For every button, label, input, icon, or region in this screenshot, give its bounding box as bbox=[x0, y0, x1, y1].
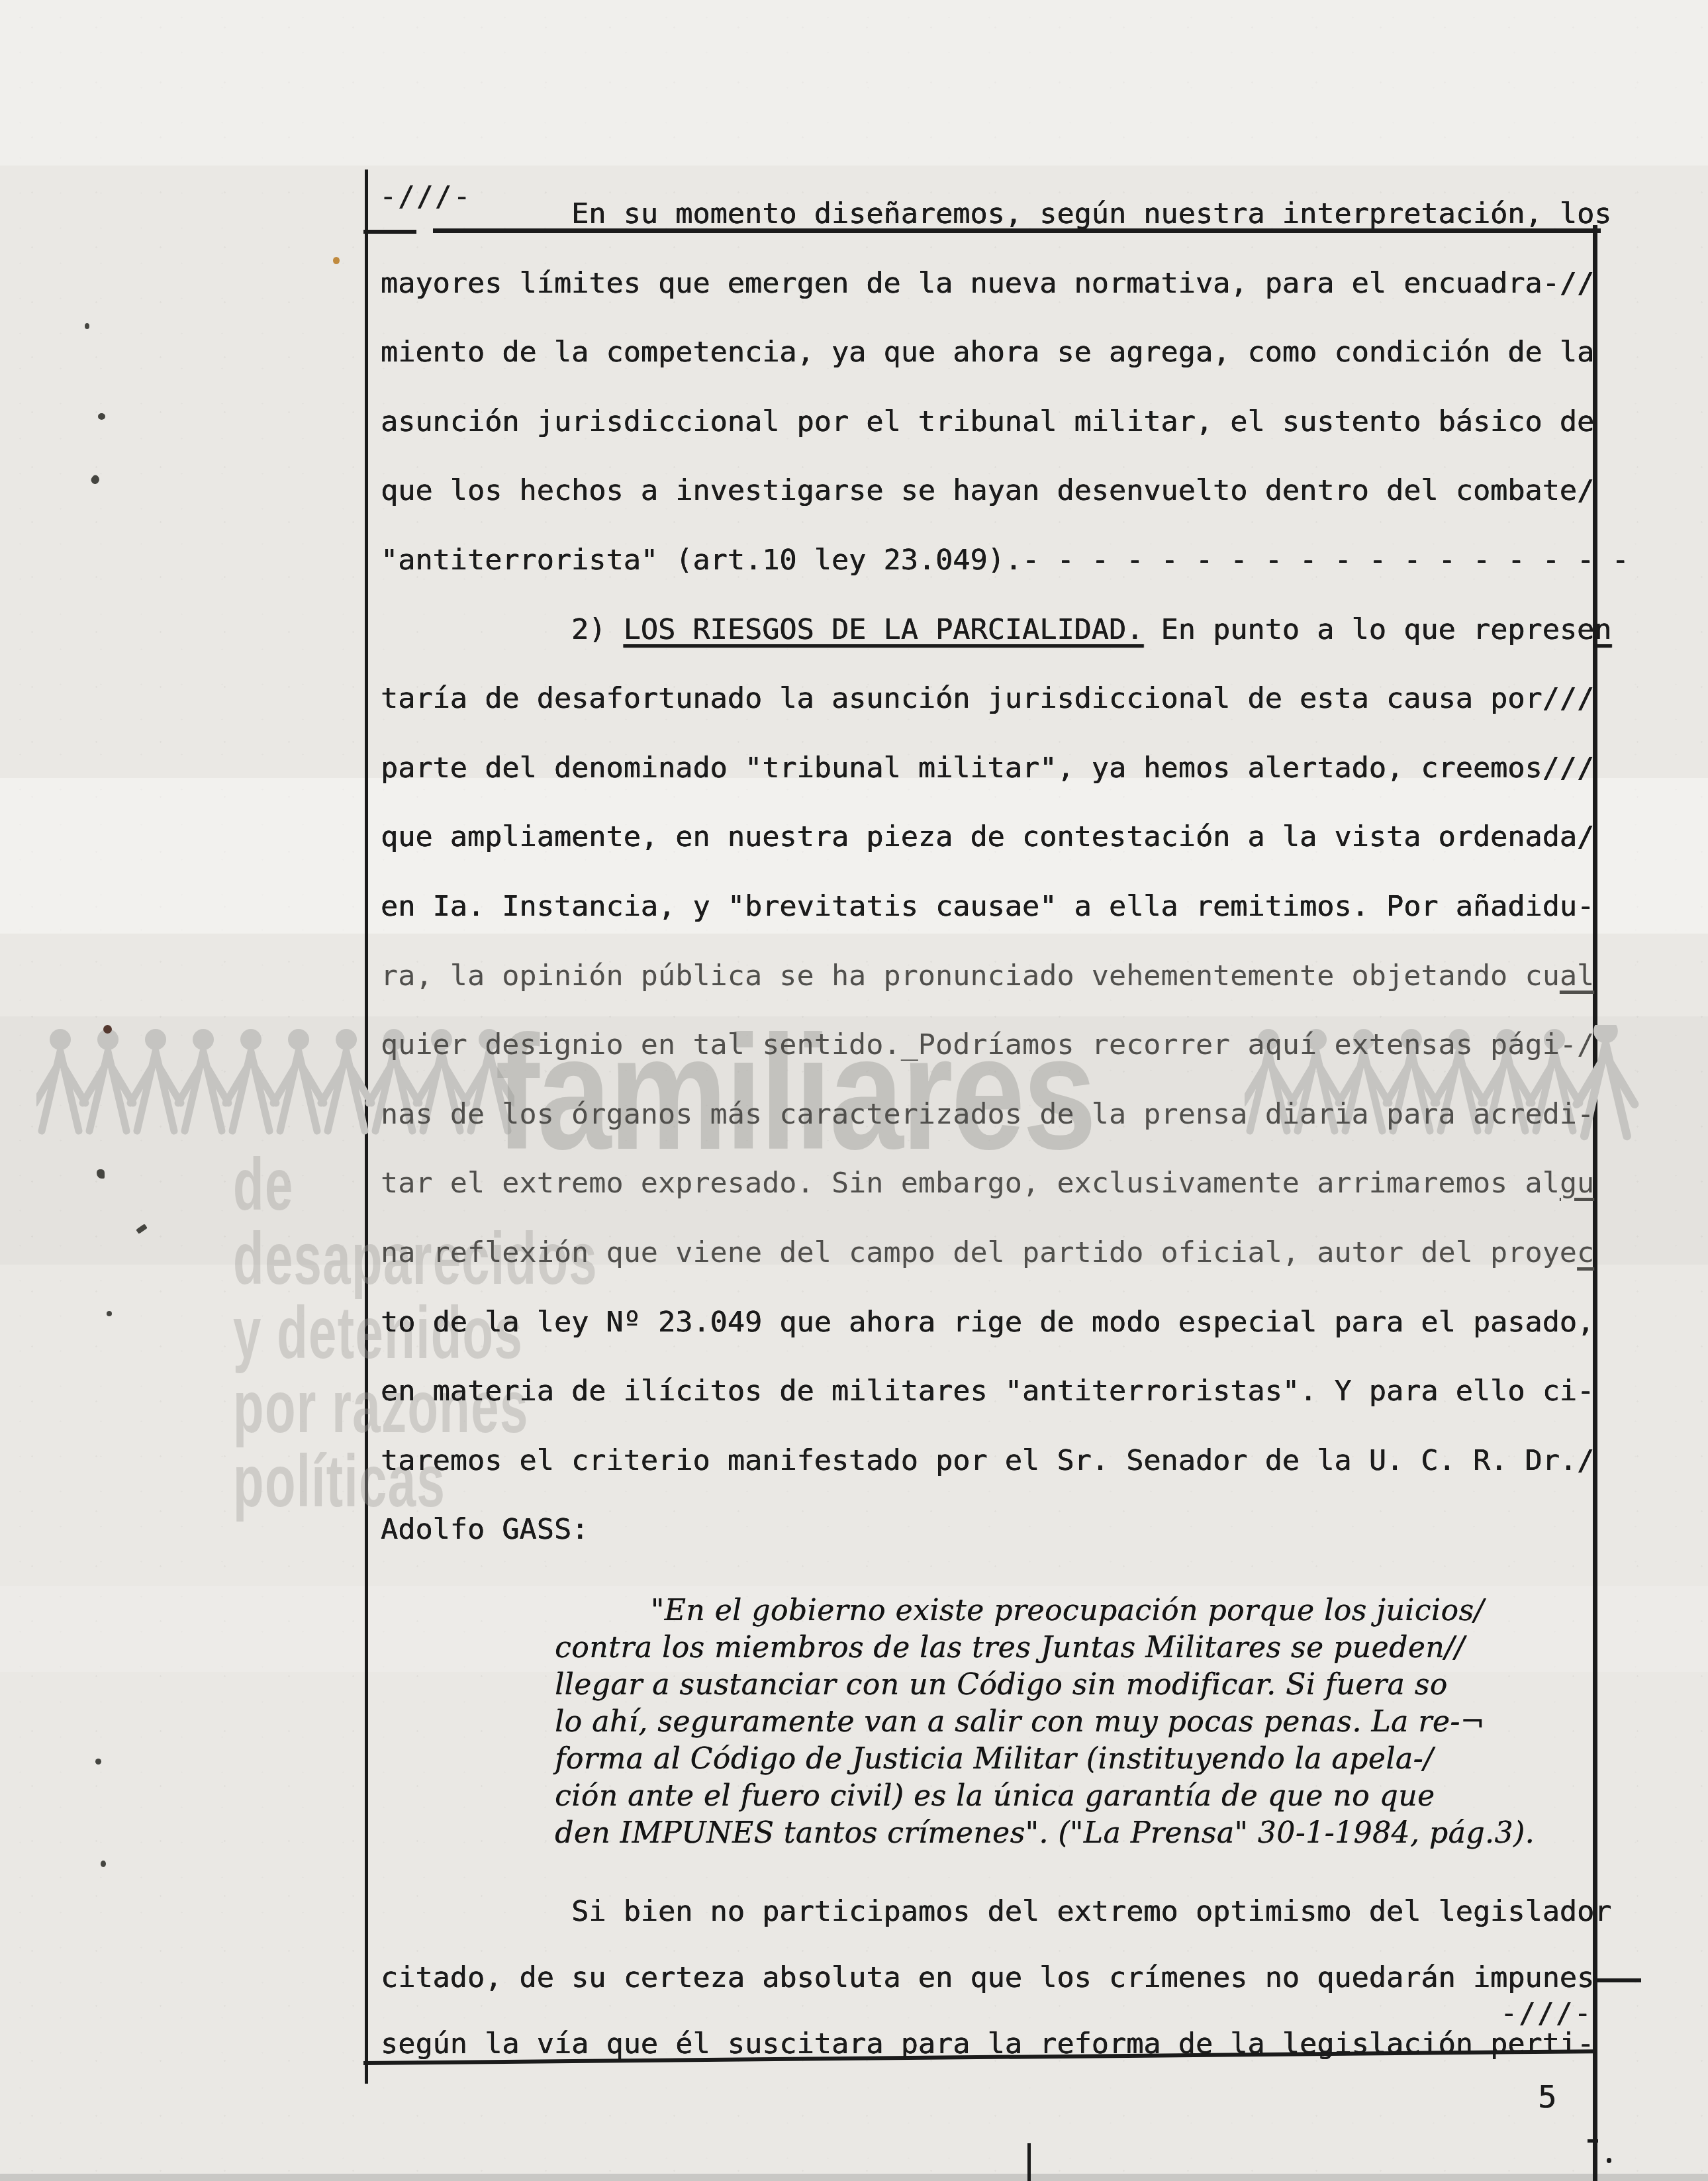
typed-line: citado, de su certeza absoluta en que lo… bbox=[381, 1945, 1605, 2011]
typed-line: tar el extremo expresado. Sin embargo, e… bbox=[381, 1149, 1605, 1218]
text-fragment: lo ahí, seguramente van a salir con muy … bbox=[555, 1705, 1485, 1739]
text-fragment: miento de la competencia, ya que ahora s… bbox=[381, 336, 1594, 369]
text-fragment: citado, de su certeza absoluta en que lo… bbox=[381, 1961, 1594, 1994]
left-margin-rule bbox=[365, 170, 368, 2084]
scan-speck bbox=[89, 474, 101, 486]
text-fragment: quier designio en tal sentido._Podríamos… bbox=[381, 1028, 1594, 1061]
text-fragment: den IMPUNES tantos crímenes". ("La Prens… bbox=[555, 1816, 1535, 1850]
text-fragment: Si bien no participamos del extremo opti… bbox=[381, 1895, 1611, 1928]
text-fragment: asunción jurisdiccional por el tribunal … bbox=[381, 405, 1594, 438]
typed-line: En su momento diseñaremos, según nuestra… bbox=[381, 179, 1605, 249]
text-fragment: ra, la opinión pública se ha pronunciado… bbox=[381, 959, 1560, 993]
scan-speck bbox=[98, 413, 105, 420]
quote-block: "En el gobierno existe preocupación porq… bbox=[381, 1592, 1605, 1852]
text-fragment: en materia de ilícitos de militares "ant… bbox=[381, 1375, 1594, 1408]
scanned-document-page: familiares de desaparecidos y detenidos … bbox=[0, 0, 1708, 2181]
text-fragment: to de la ley Nº 23.049 que ahora rige de… bbox=[381, 1306, 1594, 1339]
text-fragment: que los hechos a investigarse se hayan d… bbox=[381, 474, 1594, 507]
underlined-fragment: LOS RIESGOS DE LA PARCIALIDAD. bbox=[624, 613, 1144, 646]
border-tick bbox=[1588, 2139, 1598, 2143]
typed-line: que ampliamente, en nuestra pieza de con… bbox=[381, 802, 1605, 872]
scan-speck bbox=[107, 1311, 112, 1316]
text-fragment: que ampliamente, en nuestra pieza de con… bbox=[381, 820, 1594, 853]
text-fragment: Adolfo GASS: bbox=[381, 1513, 589, 1546]
typed-line: lo ahí, seguramente van a salir con muy … bbox=[555, 1704, 1605, 1741]
typed-line: "antiterrorista" (art.10 ley 23.049).- -… bbox=[381, 526, 1605, 595]
typed-line: den IMPUNES tantos crímenes". ("La Prens… bbox=[555, 1815, 1605, 1852]
text-fragment: mayores límites que emergen de la nueva … bbox=[381, 267, 1594, 300]
typed-line: "En el gobierno existe preocupación porq… bbox=[555, 1592, 1605, 1629]
typed-line: taría de desafortunado la asunción juris… bbox=[381, 664, 1605, 734]
closing-paragraph: Si bien no participamos del extremo opti… bbox=[381, 1878, 1605, 2077]
typed-line: na reflexión que viene del campo del par… bbox=[381, 1218, 1605, 1288]
text-fragment: según la vía que él suscitara para la re… bbox=[381, 2027, 1594, 2060]
page-number: 5 bbox=[1538, 2079, 1556, 2115]
typed-line: asunción jurisdiccional por el tribunal … bbox=[381, 387, 1605, 457]
scan-speck bbox=[103, 1025, 112, 1034]
text-fragment: tar el extremo expresado. Sin embargo, e… bbox=[381, 1167, 1560, 1200]
underlined-fragment: c bbox=[1577, 1236, 1594, 1269]
text-fragment: 2) bbox=[381, 613, 624, 646]
typed-line: nas de los órganos más caracterizados de… bbox=[381, 1080, 1605, 1149]
typed-line: parte del denominado "tribunal militar",… bbox=[381, 734, 1605, 803]
scan-speck bbox=[1607, 2158, 1611, 2163]
text-fragment: En punto a lo que represe bbox=[1143, 613, 1594, 646]
scan-bottom-edge bbox=[0, 2174, 1708, 2181]
text-fragment: parte del denominado "tribunal militar",… bbox=[381, 751, 1594, 785]
bottom-center-mark bbox=[1027, 2143, 1031, 2181]
text-fragment: forma al Código de Justicia Militar (ins… bbox=[555, 1742, 1433, 1776]
text-fragment: - - - - - - - - - - - - - - - - - bbox=[1039, 544, 1629, 577]
typed-line: mayores límites que emergen de la nueva … bbox=[381, 249, 1605, 318]
typed-line: que los hechos a investigarse se hayan d… bbox=[381, 456, 1605, 526]
text-fragment: contra los miembros de las tres Juntas M… bbox=[555, 1631, 1465, 1665]
typed-line: ción ante el fuero civil) es la única ga… bbox=[555, 1778, 1605, 1815]
scan-speck bbox=[85, 323, 89, 329]
text-fragment: nas de los órganos más caracterizados de… bbox=[381, 1098, 1594, 1131]
text-fragment: ción ante el fuero civil) es la única ga… bbox=[555, 1779, 1435, 1813]
underlined-fragment: n bbox=[1594, 613, 1611, 646]
underlined-fragment: gu bbox=[1560, 1167, 1594, 1200]
text-fragment: taría de desafortunado la asunción juris… bbox=[381, 682, 1594, 715]
typed-line: ra, la opinión pública se ha pronunciado… bbox=[381, 942, 1605, 1011]
text-block: En su momento diseñaremos, según nuestra… bbox=[381, 154, 1605, 2102]
scan-speck bbox=[95, 1759, 101, 1765]
scan-speck bbox=[333, 257, 340, 264]
typed-line: miento de la competencia, ya que ahora s… bbox=[381, 318, 1605, 387]
typed-line: taremos el criterio manifestado por el S… bbox=[381, 1426, 1605, 1496]
text-fragment: llegar a sustanciar con un Código sin mo… bbox=[555, 1668, 1448, 1702]
typed-line: to de la ley Nº 23.049 que ahora rige de… bbox=[381, 1288, 1605, 1357]
text-fragment: "antiterrorista" (art.10 ley 23.049).- bbox=[381, 544, 1039, 577]
typed-line: forma al Código de Justicia Militar (ins… bbox=[555, 1741, 1605, 1778]
text-fragment: En su momento diseñaremos, según nuestra… bbox=[381, 197, 1611, 230]
text-fragment: "En el gobierno existe preocupación porq… bbox=[555, 1594, 1484, 1627]
scan-speck bbox=[101, 1861, 106, 1867]
typed-line: según la vía que él suscitara para la re… bbox=[381, 2011, 1605, 2077]
typed-line: Adolfo GASS: bbox=[381, 1495, 1605, 1565]
text-fragment: en Ia. Instancia, y "brevitatis causae" … bbox=[381, 890, 1594, 923]
text-fragment: taremos el criterio manifestado por el S… bbox=[381, 1444, 1594, 1477]
main-paragraphs: En su momento diseñaremos, según nuestra… bbox=[381, 179, 1605, 1565]
paper-band bbox=[0, 0, 1708, 166]
page-continuation-marker-bottom: -///- bbox=[1500, 1997, 1592, 2030]
typed-line: 2) LOS RIESGOS DE LA PARCIALIDAD. En pun… bbox=[381, 595, 1605, 665]
text-fragment: na reflexión que viene del campo del par… bbox=[381, 1236, 1577, 1269]
typed-line: en materia de ilícitos de militares "ant… bbox=[381, 1357, 1605, 1426]
scan-speck bbox=[136, 1224, 148, 1234]
underlined-fragment: al bbox=[1560, 959, 1594, 993]
typed-line: quier designio en tal sentido._Podríamos… bbox=[381, 1010, 1605, 1080]
scan-speck bbox=[97, 1169, 105, 1179]
typed-line: contra los miembros de las tres Juntas M… bbox=[555, 1629, 1605, 1667]
typed-line: llegar a sustanciar con un Código sin mo… bbox=[555, 1667, 1605, 1704]
typed-line: Si bien no participamos del extremo opti… bbox=[381, 1878, 1605, 1945]
typed-line: en Ia. Instancia, y "brevitatis causae" … bbox=[381, 872, 1605, 942]
